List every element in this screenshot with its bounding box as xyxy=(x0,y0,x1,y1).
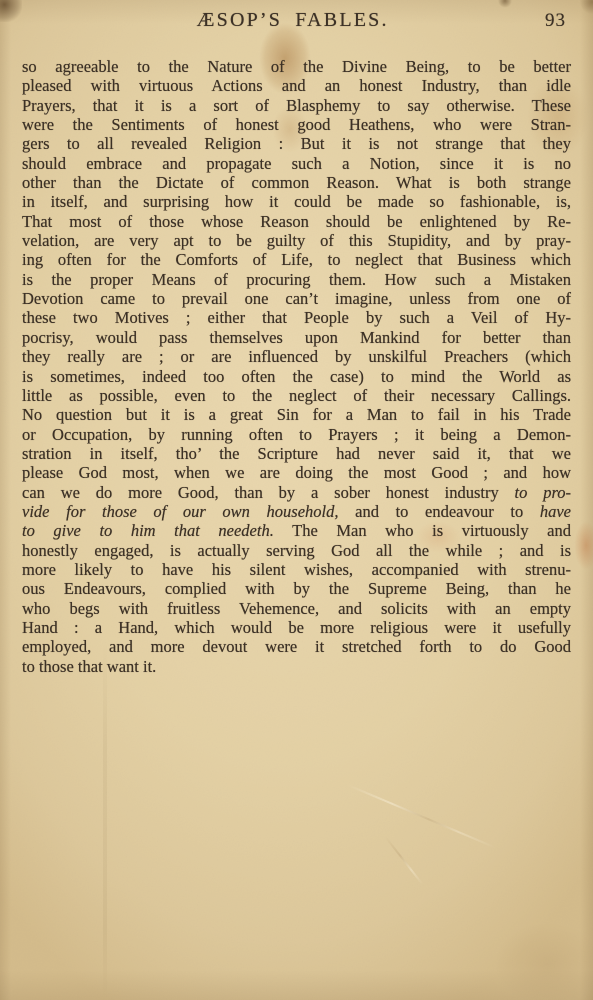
text-segment: were the Sentiments of honest good Heath… xyxy=(22,115,571,134)
text-segment: honestly engaged, is actually serving Go… xyxy=(22,541,571,560)
text-segment: ous Endeavours, complied with by the Sup… xyxy=(22,579,571,598)
text-segment: who begs with fruitless Vehemence, and s… xyxy=(22,599,571,618)
book-page: ÆSOP’S FABLES. 93 so agreeable to the Na… xyxy=(0,0,593,1000)
body-line: ous Endeavours, complied with by the Sup… xyxy=(22,579,571,598)
body-line: they really are ; or are influenced by u… xyxy=(22,347,571,366)
paper-fold-line xyxy=(103,640,107,1000)
text-segment: should embrace and propagate such a Noti… xyxy=(22,154,571,173)
body-line: No question but it is a great Sin for a … xyxy=(22,405,571,424)
italic-text-segment: to give to him that needeth. xyxy=(22,521,274,540)
body-line: pleased with virtuous Actions and an hon… xyxy=(22,76,571,95)
text-segment: stration in itself, tho’ the Scripture h… xyxy=(22,444,571,463)
body-line: to give to him that needeth. The Man who… xyxy=(22,521,571,540)
body-line: Devotion came to prevail one can’t imagi… xyxy=(22,289,571,308)
body-line: Prayers, that it is a sort of Blasphemy … xyxy=(22,96,571,115)
header-title: ÆSOP’S FABLES. xyxy=(197,9,389,32)
text-segment: gers to all revealed Religion : But it i… xyxy=(22,134,571,153)
text-segment: employed, and more devout were it stretc… xyxy=(22,637,571,656)
text-segment: is the proper Means of procuring them. H… xyxy=(22,270,571,289)
text-segment: so agreeable to the Nature of the Divine… xyxy=(22,57,571,76)
text-segment: other than the Dictate of common Reason.… xyxy=(22,173,571,192)
text-segment: is sometimes, indeed too often the case)… xyxy=(22,367,571,386)
body-line: ing often for the Comforts of Life, to n… xyxy=(22,250,571,269)
body-line: employed, and more devout were it stretc… xyxy=(22,637,571,656)
text-segment: to those that want it. xyxy=(22,657,156,676)
text-segment: Hand : a Hand, which would be more relig… xyxy=(22,618,571,637)
body-line: is sometimes, indeed too often the case)… xyxy=(22,367,571,386)
body-line: stration in itself, tho’ the Scripture h… xyxy=(22,444,571,463)
page-number: 93 xyxy=(545,10,566,32)
running-header: ÆSOP’S FABLES. 93 xyxy=(0,9,593,37)
text-segment: pocrisy, would pass themselves upon Mank… xyxy=(22,328,571,347)
italic-text-segment: to pro- xyxy=(515,483,571,502)
text-segment: more likely to have his silent wishes, a… xyxy=(22,560,571,579)
body-line: little as possible, even to the neglect … xyxy=(22,386,571,405)
text-segment: these two Motives ; either that People b… xyxy=(22,308,571,327)
text-segment: ing often for the Comforts of Life, to n… xyxy=(22,250,571,269)
italic-text-segment: have xyxy=(540,502,571,521)
paper-crease xyxy=(384,836,423,885)
text-segment: No question but it is a great Sin for a … xyxy=(22,405,571,424)
body-line: please God most, when we are doing the m… xyxy=(22,463,571,482)
text-segment: or Occupation, by running often to Praye… xyxy=(22,425,571,444)
body-line: velation, are very apt to be guilty of t… xyxy=(22,231,571,250)
body-line: Hand : a Hand, which would be more relig… xyxy=(22,618,571,637)
body-line: honestly engaged, is actually serving Go… xyxy=(22,541,571,560)
body-line: other than the Dictate of common Reason.… xyxy=(22,173,571,192)
text-segment: pleased with virtuous Actions and an hon… xyxy=(22,76,571,95)
text-segment: please God most, when we are doing the m… xyxy=(22,463,571,482)
body-line: or Occupation, by running often to Praye… xyxy=(22,425,571,444)
text-segment: little as possible, even to the neglect … xyxy=(22,386,571,405)
text-segment: velation, are very apt to be guilty of t… xyxy=(22,231,571,250)
text-segment: they really are ; or are influenced by u… xyxy=(22,347,571,366)
text-segment: Devotion came to prevail one can’t imagi… xyxy=(22,289,571,308)
body-line: should embrace and propagate such a Noti… xyxy=(22,154,571,173)
text-segment: That most of those whose Reason should b… xyxy=(22,212,571,231)
italic-text-segment: vide for those of our own household, xyxy=(22,502,339,521)
body-text: so agreeable to the Nature of the Divine… xyxy=(22,57,571,676)
body-line: so agreeable to the Nature of the Divine… xyxy=(22,57,571,76)
body-line: in itself, and surprising how it could b… xyxy=(22,192,571,211)
body-line: these two Motives ; either that People b… xyxy=(22,308,571,327)
body-line: can we do more Good, than by a sober hon… xyxy=(22,483,571,502)
body-line: who begs with fruitless Vehemence, and s… xyxy=(22,599,571,618)
speck-top-edge xyxy=(498,0,512,8)
text-segment: can we do more Good, than by a sober hon… xyxy=(22,483,515,502)
body-line: That most of those whose Reason should b… xyxy=(22,212,571,231)
paper-crease xyxy=(347,784,495,848)
body-line: were the Sentiments of honest good Heath… xyxy=(22,115,571,134)
body-line: pocrisy, would pass themselves upon Mank… xyxy=(22,328,571,347)
text-segment: The Man who is virtuously and xyxy=(274,521,571,540)
body-line: to those that want it. xyxy=(22,657,571,676)
body-line: vide for those of our own household, and… xyxy=(22,502,571,521)
text-segment: Prayers, that it is a sort of Blasphemy … xyxy=(22,96,571,115)
text-segment: and to endeavour to xyxy=(339,502,540,521)
stain-bottom-right xyxy=(470,898,593,1000)
body-line: is the proper Means of procuring them. H… xyxy=(22,270,571,289)
body-line: more likely to have his silent wishes, a… xyxy=(22,560,571,579)
body-line: gers to all revealed Religion : But it i… xyxy=(22,134,571,153)
text-segment: in itself, and surprising how it could b… xyxy=(22,192,571,211)
